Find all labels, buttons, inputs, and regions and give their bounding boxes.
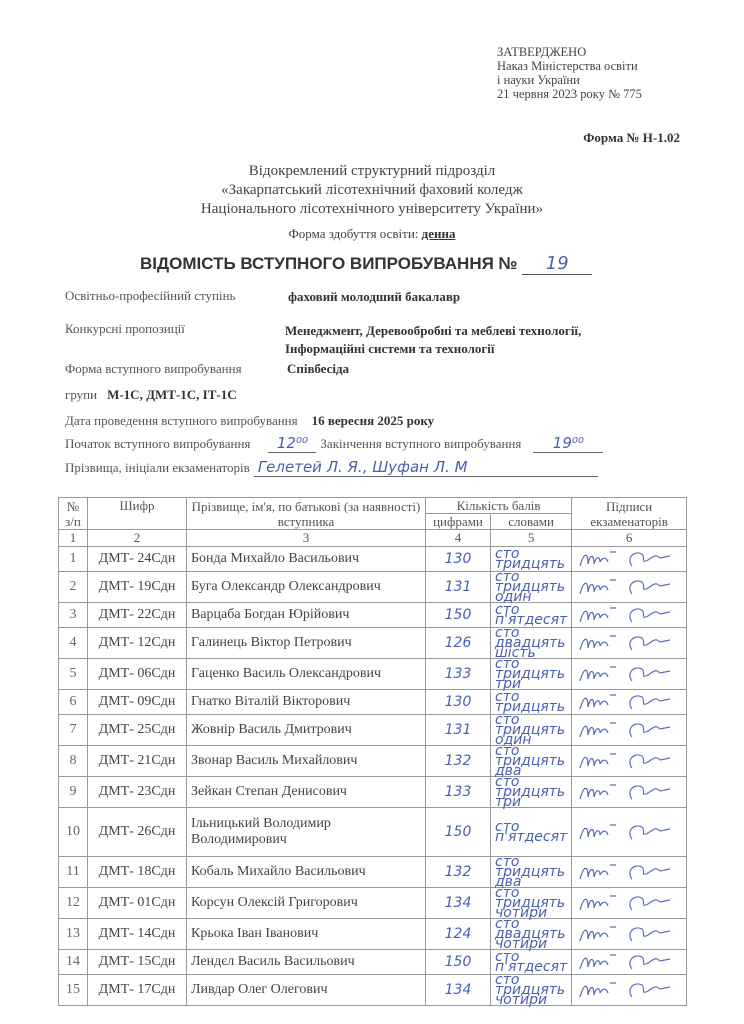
row-code: ДМТ- 18Сдн — [88, 857, 187, 888]
table-row: 5 ДМТ- 06Сдн Гаценко Василь Олександрови… — [59, 659, 687, 690]
date-label: Дата проведення вступного випробування — [65, 413, 298, 428]
row-code: ДМТ- 09Сдн — [88, 690, 187, 715]
groups-row: групи М-1С, ДМТ-1С, ІТ-1С — [65, 386, 237, 404]
row-name: Бонда Михайло Васильович — [187, 547, 426, 572]
education-form: Форма здобуття освіти: денна — [0, 226, 744, 242]
row-number: 7 — [59, 715, 88, 746]
row-score-words: сто тридцять чотири — [491, 975, 572, 1006]
org-line: Національного лісотехнічного університет… — [0, 200, 744, 219]
row-name: Лендєл Василь Васильович — [187, 950, 426, 975]
signature-icon — [576, 663, 682, 685]
table-row: 13 ДМТ- 14Сдн Крьока Іван Іванович 124 с… — [59, 919, 687, 950]
end-label: Закінчення вступного випробування — [320, 436, 521, 451]
education-form-value: денна — [422, 226, 456, 241]
approval-line: Наказ Міністерства освіти — [497, 59, 642, 73]
row-signatures — [572, 950, 687, 975]
header-num: № з/п — [59, 498, 88, 530]
approval-line: ЗАТВЕРДЖЕНО — [497, 45, 642, 59]
row-number: 4 — [59, 628, 88, 659]
proposals-label: Конкурсні пропозиції — [65, 321, 185, 337]
document-title: ВІДОМІСТЬ ВСТУПНОГО ВИПРОБУВАННЯ № 19 — [140, 253, 592, 275]
row-signatures — [572, 628, 687, 659]
row-score-words: сто тридцять три — [491, 659, 572, 690]
row-number: 15 — [59, 975, 88, 1006]
row-name: Зейкан Степан Денисович — [187, 777, 426, 808]
header-signatures: Підписи екзаменаторів — [572, 498, 687, 530]
row-number: 8 — [59, 746, 88, 777]
row-code: ДМТ- 12Сдн — [88, 628, 187, 659]
row-name: Звонар Василь Михайлович — [187, 746, 426, 777]
table-row: 2 ДМТ- 19Сдн Буга Олександр Олександрови… — [59, 572, 687, 603]
examiners-row: Прізвища, ініціали екзаменаторів Гелетей… — [65, 458, 685, 477]
table-row: 11 ДМТ- 18Сдн Кобаль Михайло Васильович … — [59, 857, 687, 888]
groups-label: групи — [65, 387, 97, 402]
row-score-digits: 126 — [426, 628, 491, 659]
row-number: 14 — [59, 950, 88, 975]
row-code: ДМТ- 19Сдн — [88, 572, 187, 603]
title-text: ВІДОМІСТЬ ВСТУПНОГО ВИПРОБУВАННЯ № — [140, 254, 518, 273]
row-score-digits: 133 — [426, 659, 491, 690]
table-row: 9 ДМТ- 23Сдн Зейкан Степан Денисович 133… — [59, 777, 687, 808]
table-row: 8 ДМТ- 21Сдн Звонар Василь Михайлович 13… — [59, 746, 687, 777]
row-score-digits: 130 — [426, 547, 491, 572]
date-value: 16 вересня 2025 року — [312, 413, 435, 428]
row-name: Ливдар Олег Олегович — [187, 975, 426, 1006]
proposals-value-1: Менеджмент, Деревообробні та меблеві тех… — [285, 323, 581, 339]
row-number: 9 — [59, 777, 88, 808]
row-signatures — [572, 603, 687, 628]
approval-line: і науки України — [497, 73, 642, 87]
row-code: ДМТ- 23Сдн — [88, 777, 187, 808]
exam-form-value: Співбесіда — [287, 361, 349, 377]
row-signatures — [572, 888, 687, 919]
row-score-words: сто тридцять три — [491, 777, 572, 808]
row-name: Буга Олександр Олександрович — [187, 572, 426, 603]
row-score-digits: 130 — [426, 690, 491, 715]
row-score-words: сто тридцять два — [491, 857, 572, 888]
signature-icon — [576, 576, 682, 598]
col-number: 6 — [572, 530, 687, 547]
signature-icon — [576, 548, 682, 570]
signature-icon — [576, 951, 682, 973]
row-score-digits: 134 — [426, 888, 491, 919]
table-row: 7 ДМТ- 25Сдн Жовнір Василь Дмитрович 131… — [59, 715, 687, 746]
row-signatures — [572, 746, 687, 777]
row-number: 13 — [59, 919, 88, 950]
row-number: 11 — [59, 857, 88, 888]
col-number: 2 — [88, 530, 187, 547]
row-score-digits: 134 — [426, 975, 491, 1006]
row-signatures — [572, 572, 687, 603]
signature-icon — [576, 750, 682, 772]
col-number: 4 — [426, 530, 491, 547]
row-signatures — [572, 715, 687, 746]
start-value: 12⁰⁰ — [268, 434, 316, 453]
signature-icon — [576, 719, 682, 741]
row-name: Жовнір Василь Дмитрович — [187, 715, 426, 746]
row-score-words: сто тридцять один — [491, 715, 572, 746]
col-number: 5 — [491, 530, 572, 547]
row-number: 10 — [59, 808, 88, 857]
row-score-words: сто тридцять — [491, 690, 572, 715]
row-number: 12 — [59, 888, 88, 919]
row-code: ДМТ- 15Сдн — [88, 950, 187, 975]
header-name: Прізвище, ім'я, по батькові (за наявност… — [187, 498, 426, 530]
table-row: 15 ДМТ- 17Сдн Ливдар Олег Олегович 134 с… — [59, 975, 687, 1006]
row-code: ДМТ- 14Сдн — [88, 919, 187, 950]
row-score-digits: 131 — [426, 715, 491, 746]
row-score-words: сто п'ятдесят — [491, 603, 572, 628]
row-code: ДМТ- 25Сдн — [88, 715, 187, 746]
row-code: ДМТ- 01Сдн — [88, 888, 187, 919]
row-code: ДМТ- 17Сдн — [88, 975, 187, 1006]
proposals-value-2: Інформаційні системи та технології — [285, 341, 495, 357]
row-number: 6 — [59, 690, 88, 715]
row-code: ДМТ- 26Сдн — [88, 808, 187, 857]
header-score-group: Кількість балів — [426, 498, 572, 514]
row-number: 1 — [59, 547, 88, 572]
row-score-words: сто двадцять шість — [491, 628, 572, 659]
header-words: словами — [491, 514, 572, 530]
row-score-words: сто тридцять два — [491, 746, 572, 777]
row-score-digits: 132 — [426, 857, 491, 888]
row-score-digits: 150 — [426, 808, 491, 857]
row-signatures — [572, 919, 687, 950]
signature-icon — [576, 861, 682, 883]
start-label: Початок вступного випробування — [65, 436, 250, 451]
approval-line: 21 червня 2023 року № 775 — [497, 87, 642, 101]
row-code: ДМТ- 06Сдн — [88, 659, 187, 690]
table-row: 12 ДМТ- 01Сдн Корсун Олексій Григорович … — [59, 888, 687, 919]
table-row: 6 ДМТ- 09Сдн Гнатко Віталій Вікторович 1… — [59, 690, 687, 715]
signature-icon — [576, 923, 682, 945]
header-digits: цифрами — [426, 514, 491, 530]
end-value: 19⁰⁰ — [533, 434, 603, 453]
row-score-digits: 131 — [426, 572, 491, 603]
org-line: «Закарпатський лісотехнічний фаховий кол… — [0, 181, 744, 200]
examiners-label: Прізвища, ініціали екзаменаторів — [65, 460, 250, 475]
row-name: Крьока Іван Іванович — [187, 919, 426, 950]
row-signatures — [572, 857, 687, 888]
table-row: 3 ДМТ- 22Сдн Варцаба Богдан Юрійович 150… — [59, 603, 687, 628]
row-score-words: сто п'ятдесят — [491, 950, 572, 975]
degree-value: фаховий молодший бакалавр — [288, 289, 460, 305]
signature-icon — [576, 691, 682, 713]
row-number: 2 — [59, 572, 88, 603]
row-number: 5 — [59, 659, 88, 690]
row-score-digits: 124 — [426, 919, 491, 950]
row-code: ДМТ- 21Сдн — [88, 746, 187, 777]
signature-icon — [576, 604, 682, 626]
organization-header: Відокремлений структурний підрозділ «Зак… — [0, 162, 744, 219]
row-signatures — [572, 690, 687, 715]
row-score-words: сто тридцять один — [491, 572, 572, 603]
row-code: ДМТ- 24Сдн — [88, 547, 187, 572]
row-score-words: сто п'ятдесят — [491, 808, 572, 857]
row-signatures — [572, 777, 687, 808]
row-score-digits: 150 — [426, 950, 491, 975]
form-number: Форма № Н-1.02 — [583, 130, 680, 146]
header-code: Шифр — [88, 498, 187, 530]
row-code: ДМТ- 22Сдн — [88, 603, 187, 628]
row-signatures — [572, 808, 687, 857]
row-number: 3 — [59, 603, 88, 628]
signature-icon — [576, 632, 682, 654]
examiners-value: Гелетей Л. Я., Шуфан Л. М — [254, 458, 598, 477]
row-score-digits: 133 — [426, 777, 491, 808]
row-signatures — [572, 547, 687, 572]
col-number: 1 — [59, 530, 88, 547]
education-form-label: Форма здобуття освіти: — [289, 226, 419, 241]
time-row: Початок вступного випробування 12⁰⁰ Закі… — [65, 434, 665, 453]
org-line: Відокремлений структурний підрозділ — [0, 162, 744, 181]
groups-value: М-1С, ДМТ-1С, ІТ-1С — [107, 387, 237, 402]
row-name: Ільницький Володимир Володимирович — [187, 808, 426, 857]
row-name: Корсун Олексій Григорович — [187, 888, 426, 919]
row-score-words: сто тридцять чотири — [491, 888, 572, 919]
table-row: 14 ДМТ- 15Сдн Лендєл Василь Васильович 1… — [59, 950, 687, 975]
signature-icon — [576, 892, 682, 914]
date-row: Дата проведення вступного випробування 1… — [65, 412, 434, 430]
row-signatures — [572, 659, 687, 690]
row-name: Кобаль Михайло Васильович — [187, 857, 426, 888]
row-score-words: сто тридцять — [491, 547, 572, 572]
results-table: № з/п Шифр Прізвище, ім'я, по батькові (… — [58, 497, 687, 1006]
table-row: 10 ДМТ- 26Сдн Ільницький Володимир Волод… — [59, 808, 687, 857]
row-name: Варцаба Богдан Юрійович — [187, 603, 426, 628]
approval-stamp: ЗАТВЕРДЖЕНО Наказ Міністерства освіти і … — [497, 45, 642, 101]
row-name: Галинець Віктор Петрович — [187, 628, 426, 659]
title-number: 19 — [522, 253, 592, 275]
row-score-words: сто двадцять чотири — [491, 919, 572, 950]
row-name: Гаценко Василь Олександрович — [187, 659, 426, 690]
col-number: 3 — [187, 530, 426, 547]
signature-icon — [576, 821, 682, 843]
row-signatures — [572, 975, 687, 1006]
table-row: 1 ДМТ- 24Сдн Бонда Михайло Васильович 13… — [59, 547, 687, 572]
signature-icon — [576, 979, 682, 1001]
table-row: 4 ДМТ- 12Сдн Галинець Віктор Петрович 12… — [59, 628, 687, 659]
signature-icon — [576, 781, 682, 803]
row-name: Гнатко Віталій Вікторович — [187, 690, 426, 715]
degree-label: Освітньо-професійний ступінь — [65, 288, 235, 304]
exam-form-label: Форма вступного випробування — [65, 361, 242, 377]
row-score-digits: 150 — [426, 603, 491, 628]
row-score-digits: 132 — [426, 746, 491, 777]
